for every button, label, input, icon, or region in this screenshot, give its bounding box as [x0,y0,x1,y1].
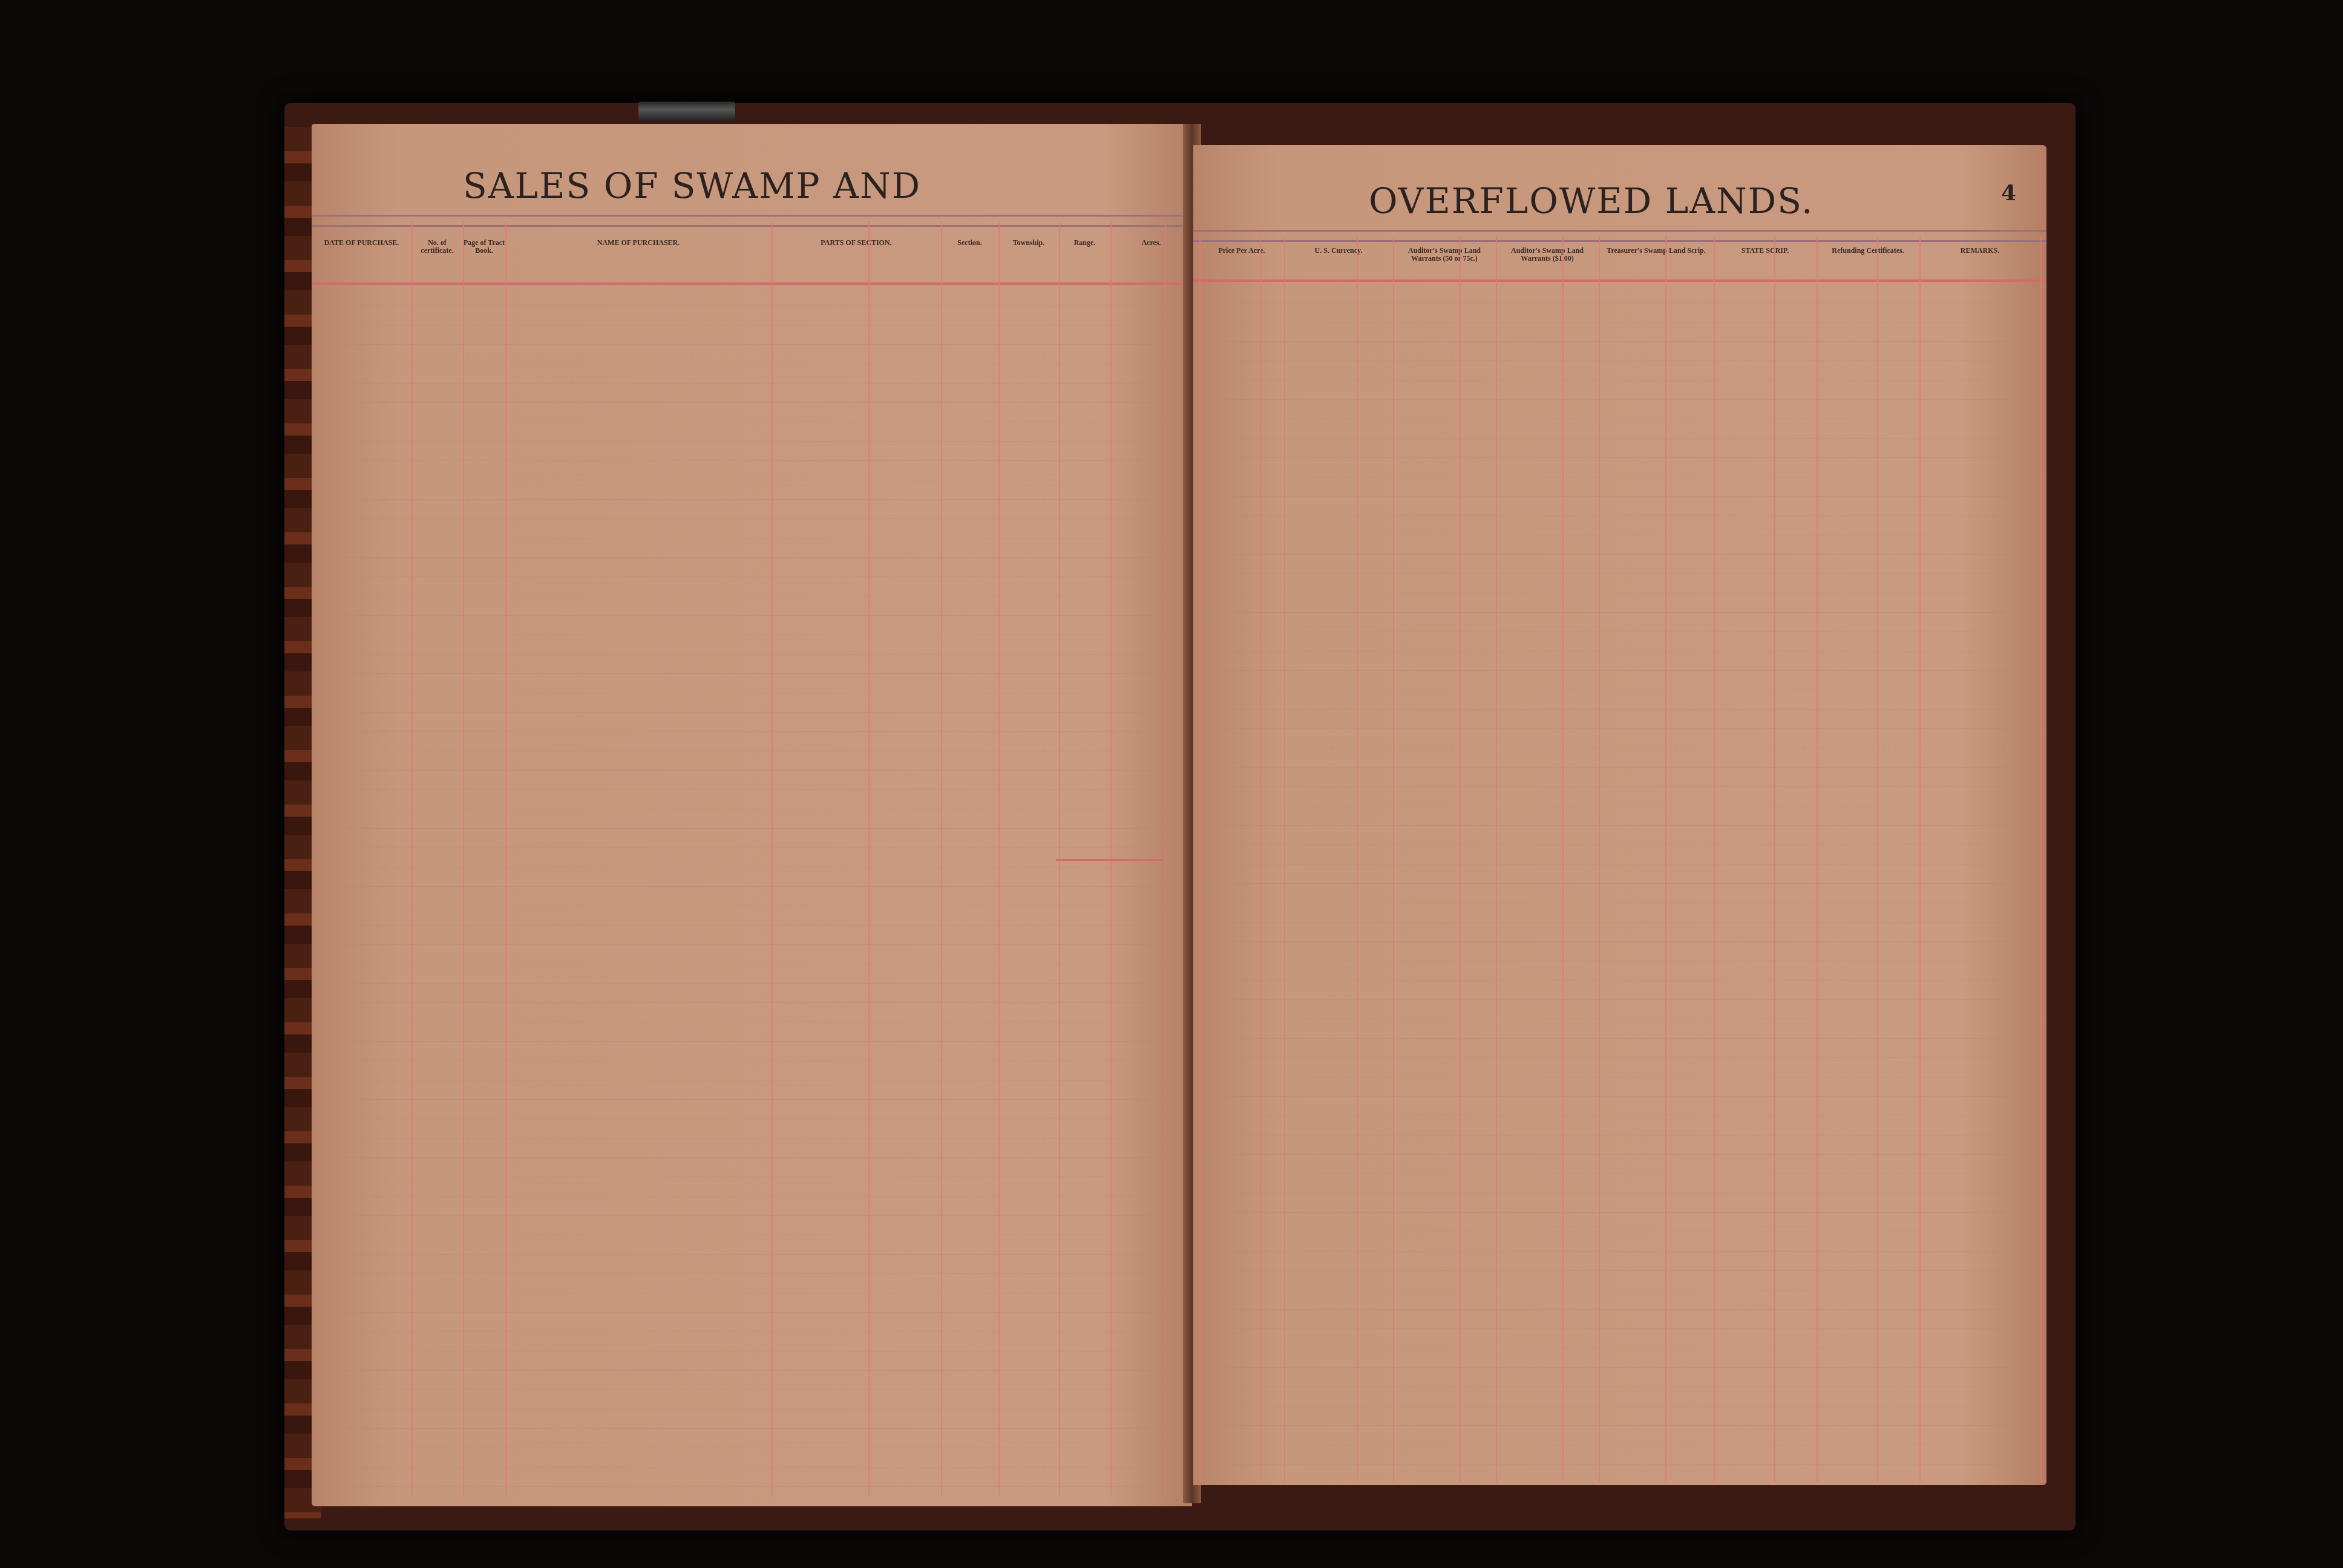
row-rule [312,518,1192,519]
row-rule [312,1022,1192,1022]
row-rule [312,712,1192,713]
row-rule [312,1002,1192,1003]
row-rule [1193,380,2046,381]
column-rule [998,221,1000,1497]
column-rule [463,221,464,1497]
column-header-left-1: No. of certificate. [411,239,463,255]
row-rule [312,1312,1192,1313]
row-rule [312,693,1192,693]
column-header-left-8: Acres. [1110,239,1192,247]
column-header-left-4: PARTS OF SECTION. [772,239,941,247]
row-rule [312,1196,1192,1197]
row-rule [1193,515,2046,516]
row-rule [1193,690,2046,690]
row-rule [1193,1425,2046,1426]
column-header-right-4: Treasurer's Swamp Land Scrip. [1599,247,1714,255]
column-header-right-5: STATE SCRIP. [1714,247,1817,255]
row-rule [312,1119,1192,1119]
page-number: 4 [2001,180,2016,206]
row-rule [312,383,1192,384]
row-rule [1193,1251,2046,1252]
row-rule [312,1177,1192,1177]
column-rule [1199,236,1201,1482]
row-rule [1193,1270,2046,1271]
row-rule [1193,786,2046,787]
row-rule [1193,593,2046,593]
row-rule [1193,1212,2046,1213]
row-rule [312,964,1192,964]
column-rule [505,221,506,1497]
row-rule [312,1467,1192,1468]
row-rule [1193,1290,2046,1290]
left-page: SALES OF SWAMP AND DATE OF PURCHASE.No. … [312,124,1192,1506]
row-rule [312,1428,1192,1429]
row-rule [1193,322,2046,322]
row-rule [312,925,1192,926]
column-header-right-1: U. S. Currency. [1284,247,1393,255]
column-header-left-7: Range. [1059,239,1110,247]
row-rule [1193,1135,2046,1135]
row-rule [1193,438,2046,439]
row-rule [312,944,1192,945]
column-rule [1284,236,1285,1482]
row-rule [1193,1019,2046,1019]
row-rule [1193,1116,2046,1116]
row-rule [1193,419,2046,419]
row-rule [312,1254,1192,1255]
column-rule [1877,236,1878,1482]
row-rule [312,1157,1192,1158]
row-rule [312,1080,1192,1080]
row-rule [1193,612,2046,613]
row-rule [1193,941,2046,942]
row-rule [1193,864,2046,864]
row-rule [312,557,1192,558]
row-rule [1193,961,2046,961]
row-rule [1193,1174,2046,1174]
row-rule [1193,1445,2046,1445]
column-rule [1393,236,1394,1482]
row-rule [312,1099,1192,1100]
column-rule [1260,236,1261,1482]
row-rule [1193,806,2046,806]
row-rule [1193,399,2046,400]
row-rule [1193,457,2046,458]
row-rule [312,1486,1192,1487]
column-header-left-5: Section. [941,239,998,247]
column-rule [868,221,870,1497]
row-rule [1193,825,2046,826]
column-rule [1357,236,1358,1482]
row-rule [1193,844,2046,845]
row-rule [312,460,1192,461]
row-rule [1193,1348,2046,1348]
row-rule [1193,573,2046,574]
column-rule [1460,236,1461,1482]
row-rule [312,480,1192,480]
row-rule [1193,477,2046,477]
row-rule [1193,1232,2046,1232]
row-rule [1193,709,2046,710]
column-rule [1165,221,1166,1497]
row-rule [312,538,1192,538]
column-rule [941,221,942,1497]
row-rule [312,1351,1192,1351]
row-rule [312,886,1192,887]
acres-subtotal-rule [1056,859,1162,861]
row-rule [1193,903,2046,903]
row-rule [1193,1057,2046,1058]
row-rule [312,1060,1192,1061]
column-rule [1599,236,1600,1482]
row-rule [312,1293,1192,1293]
row-rule [1193,554,2046,555]
row-rule [312,344,1192,345]
row-rule [312,828,1192,829]
row-rule [312,731,1192,732]
row-rule [312,1448,1192,1448]
row-rule [312,1235,1192,1235]
column-header-right-3: Auditor's Swamp Land Warrants ($1.00) [1496,247,1599,263]
row-rule [1193,1193,2046,1194]
row-rule [312,635,1192,635]
row-rule [312,1331,1192,1332]
row-rule [312,402,1192,403]
row-rule [312,906,1192,906]
column-rule [411,221,413,1497]
row-rule [312,499,1192,500]
row-rule [1193,651,2046,652]
column-header-left-3: NAME OF PURCHASER. [505,239,772,247]
column-rule [2040,236,2042,1482]
column-header-left-6: Township. [998,239,1059,247]
row-rule [1193,1154,2046,1155]
column-rule [1496,236,1497,1482]
row-rule [1193,1406,2046,1406]
row-rule [312,1138,1192,1138]
column-rule [1817,236,1818,1482]
column-rule [1919,236,1921,1482]
row-rule [312,1215,1192,1216]
row-rule [1193,748,2046,748]
column-rule [1714,236,1715,1482]
row-rule [312,1273,1192,1274]
row-rule [312,654,1192,655]
row-rule [312,1370,1192,1371]
column-rule [1562,236,1564,1482]
row-rule [312,1041,1192,1042]
column-rule [1774,236,1775,1482]
row-rule [312,867,1192,867]
row-rule [312,770,1192,771]
row-rule [312,789,1192,790]
row-rule [312,615,1192,616]
row-rule [1193,341,2046,342]
column-rule [1665,236,1666,1482]
row-rule [312,441,1192,442]
row-rule [1193,1367,2046,1368]
row-rule [1193,1309,2046,1310]
row-rule [312,596,1192,596]
row-rule [1193,632,2046,632]
binding-clip [638,102,735,121]
column-header-right-7: REMARKS. [1919,247,2040,255]
row-rule [312,809,1192,809]
page-title-left: SALES OF SWAMP AND [463,165,921,206]
row-rule [1193,883,2046,884]
row-rule [312,422,1192,422]
row-rule [312,848,1192,848]
row-rule [1193,1077,2046,1077]
row-rule [1193,1096,2046,1097]
row-rule [1193,670,2046,671]
column-header-left-0: DATE OF PURCHASE. [312,239,411,247]
row-rule [1193,767,2046,768]
row-rule [312,364,1192,364]
column-header-right-2: Auditor's Swamp Land Warrants (50 or 75c… [1393,247,1496,263]
row-rule [1193,1038,2046,1039]
row-rule [1193,1387,2046,1387]
row-rule [1193,1464,2046,1465]
header-rule-bottom-right [1193,279,2046,282]
right-page: OVERFLOWED LANDS. 4 Price Per Acre.U. S.… [1193,145,2046,1485]
row-rule [312,673,1192,674]
column-header-right-6: Refunding Certificates. [1817,247,1919,255]
row-rule [312,751,1192,751]
row-rule [312,1390,1192,1390]
page-title-right: OVERFLOWED LANDS. [1369,180,1814,221]
row-rule [1193,980,2046,981]
column-header-right-0: Price Per Acre. [1199,247,1284,255]
row-rule [1193,302,2046,303]
row-rule [312,1409,1192,1410]
row-rule [312,305,1192,306]
row-rule [1193,1328,2046,1329]
row-rule [312,325,1192,325]
header-rule-top-right [1193,230,2046,242]
row-rule [1193,728,2046,729]
row-rule [1193,496,2046,497]
row-rule [312,983,1192,984]
row-rule [1193,922,2046,923]
row-rule [1193,999,2046,1000]
row-rule [1193,361,2046,361]
row-rule [312,577,1192,577]
row-rule [1193,535,2046,535]
column-rule [772,221,773,1497]
column-header-left-2: Page of Tract Book. [463,239,505,255]
